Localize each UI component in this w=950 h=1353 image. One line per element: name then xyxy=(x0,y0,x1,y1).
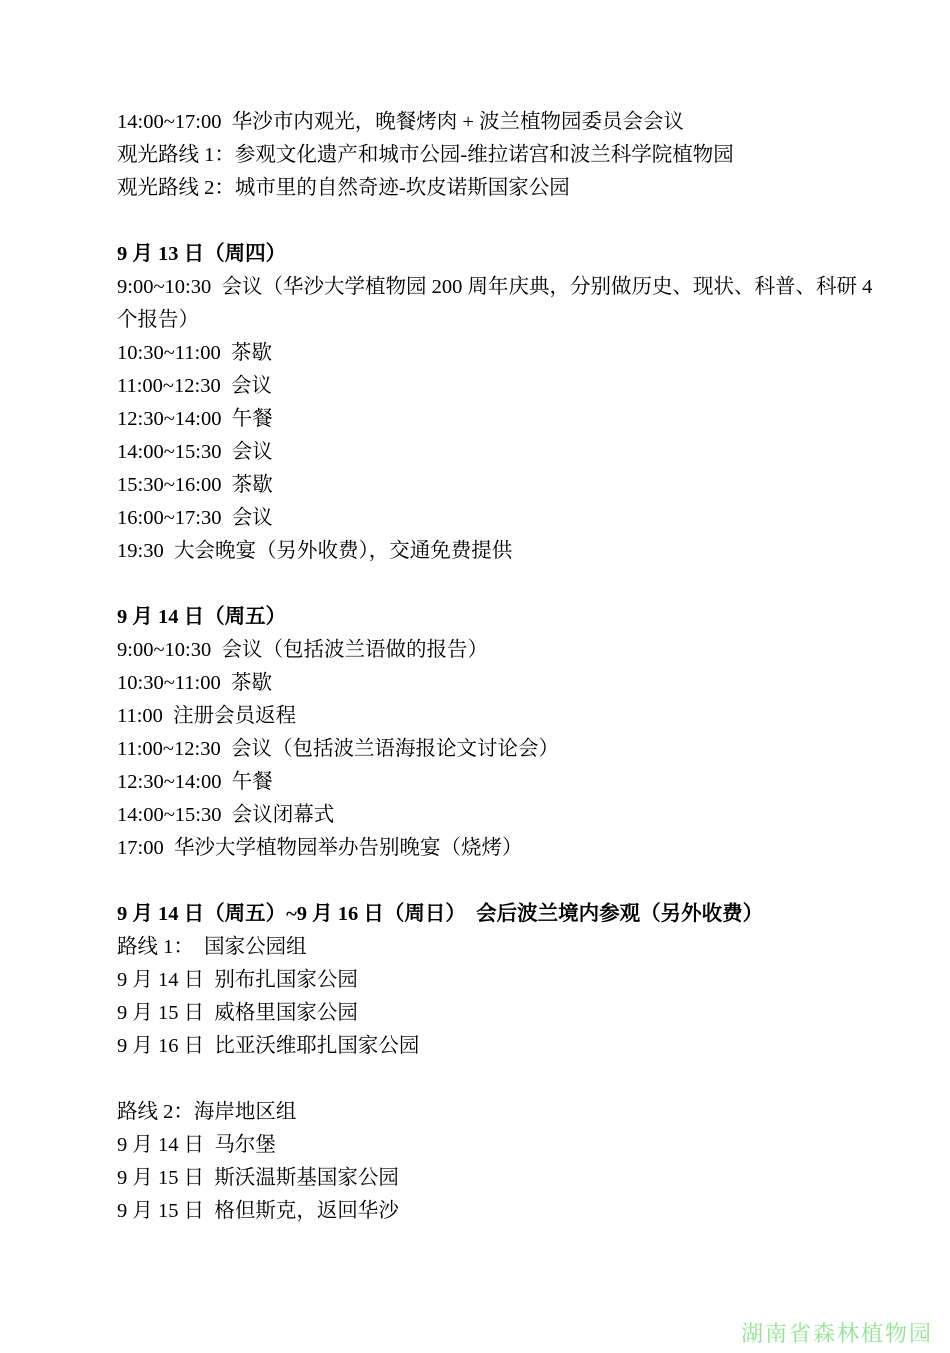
section-heading: 9 月 14 日（周五）~9 月 16 日（周日） 会后波兰境内参观（另外收费） xyxy=(117,898,907,931)
schedule-line: 9 月 14 日 马尔堡 xyxy=(117,1129,907,1162)
schedule-line: 14:00~15:30 会议闭幕式 xyxy=(117,799,907,832)
section-heading: 9 月 13 日（周四） xyxy=(117,238,907,271)
schedule-line: 11:00 注册会员返程 xyxy=(117,700,907,733)
schedule-section-sep13: 9 月 13 日（周四） 9:00~10:30 会议（华沙大学植物园 200 周… xyxy=(117,238,907,568)
schedule-line: 9 月 15 日 格但斯克，返回华沙 xyxy=(117,1195,907,1228)
schedule-line: 9 月 14 日 别布扎国家公园 xyxy=(117,964,907,997)
schedule-line: 14:00~17:00 华沙市内观光，晚餐烤肉 + 波兰植物园委员会会议 xyxy=(117,106,907,139)
schedule-line: 个报告） xyxy=(117,304,907,337)
schedule-line: 9 月 15 日 斯沃温斯基国家公园 xyxy=(117,1162,907,1195)
schedule-line: 17:00 华沙大学植物园举办告别晚宴（烧烤） xyxy=(117,832,907,865)
schedule-line: 12:30~14:00 午餐 xyxy=(117,403,907,436)
schedule-line: 9 月 16 日 比亚沃维耶扎国家公园 xyxy=(117,1030,907,1063)
schedule-line: 19:30 大会晚宴（另外收费），交通免费提供 xyxy=(117,535,907,568)
schedule-line: 9:00~10:30 会议（华沙大学植物园 200 周年庆典，分别做历史、现状、… xyxy=(117,271,907,304)
schedule-section-post-tour-route2: 路线 2：海岸地区组 9 月 14 日 马尔堡 9 月 15 日 斯沃温斯基国家… xyxy=(117,1096,907,1228)
schedule-content: 14:00~17:00 华沙市内观光，晚餐烤肉 + 波兰植物园委员会会议 观光路… xyxy=(117,106,907,1228)
schedule-section-sightseeing: 14:00~17:00 华沙市内观光，晚餐烤肉 + 波兰植物园委员会会议 观光路… xyxy=(117,106,907,205)
schedule-line: 9 月 15 日 威格里国家公园 xyxy=(117,997,907,1030)
schedule-line: 11:00~12:30 会议（包括波兰语海报论文讨论会） xyxy=(117,733,907,766)
schedule-section-sep14: 9 月 14 日（周五） 9:00~10:30 会议（包括波兰语做的报告） 10… xyxy=(117,601,907,865)
schedule-line: 路线 2：海岸地区组 xyxy=(117,1096,907,1129)
schedule-line: 观光路线 1：参观文化遗产和城市公园-维拉诺宫和波兰科学院植物园 xyxy=(117,139,907,172)
document-page: 14:00~17:00 华沙市内观光，晚餐烤肉 + 波兰植物园委员会会议 观光路… xyxy=(0,0,950,1353)
schedule-line: 16:00~17:30 会议 xyxy=(117,502,907,535)
schedule-line: 14:00~15:30 会议 xyxy=(117,436,907,469)
watermark-text: 湖南省森林植物园 xyxy=(741,1322,933,1346)
schedule-line: 观光路线 2：城市里的自然奇迹-坎皮诺斯国家公园 xyxy=(117,172,907,205)
section-heading: 9 月 14 日（周五） xyxy=(117,601,907,634)
schedule-line: 12:30~14:00 午餐 xyxy=(117,766,907,799)
schedule-line: 15:30~16:00 茶歇 xyxy=(117,469,907,502)
schedule-line: 9:00~10:30 会议（包括波兰语做的报告） xyxy=(117,634,907,667)
schedule-section-post-tour-route1: 9 月 14 日（周五）~9 月 16 日（周日） 会后波兰境内参观（另外收费）… xyxy=(117,898,907,1063)
schedule-line: 路线 1： 国家公园组 xyxy=(117,931,907,964)
schedule-line: 10:30~11:00 茶歇 xyxy=(117,667,907,700)
schedule-line: 11:00~12:30 会议 xyxy=(117,370,907,403)
schedule-line: 10:30~11:00 茶歇 xyxy=(117,337,907,370)
